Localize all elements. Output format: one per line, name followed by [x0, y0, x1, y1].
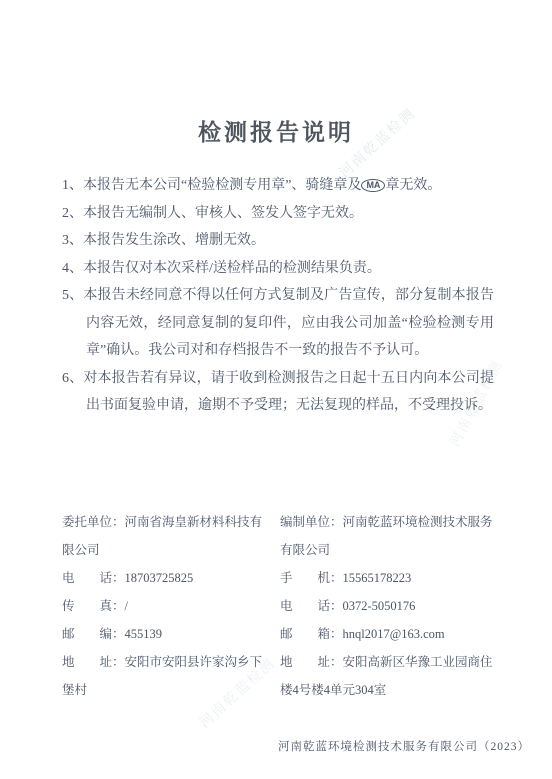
note-item-3: 3、本报告发生涂改、增删无效。 — [62, 227, 494, 255]
contact-label: 传 真： — [62, 599, 125, 613]
note-text: 对本报告若有异议，请于收到检测报告之日起十五日内向本公司提出书面复验申请，逾期不… — [83, 371, 494, 414]
issuer-block: 编制单位：河南乾蓝环境检测技术服务有限公司 手 机：15565178223 电 … — [280, 508, 494, 704]
contact-value: 18703725825 — [125, 571, 194, 585]
notes-list: 1、本报告无本公司“检验检测专用章”、骑缝章及MA章无效。 2、本报告无编制人、… — [62, 172, 494, 420]
contact-label: 地 址： — [280, 655, 343, 669]
contact-label: 地 址： — [62, 655, 125, 669]
cma-badge-icon: MA — [361, 179, 385, 192]
note-text: 本报告发生涂改、增删无效。 — [83, 233, 265, 248]
contact-label: 委托单位： — [62, 515, 125, 529]
note-item-6: 6、对本报告若有异议，请于收到检测报告之日起十五日内向本公司提出书面复验申请，逾… — [62, 365, 494, 420]
note-text: 本报告未经同意不得以任何方式复制及广告宣传，部分复制本报告内容无效，经同意复制的… — [83, 288, 494, 358]
contact-value: 15565178223 — [343, 571, 412, 585]
consignor-phone-row: 电 话：18703725825 — [62, 564, 270, 592]
consignor-address-row: 地 址：安阳市安阳县许家沟乡下堡村 — [62, 648, 270, 704]
contact-label: 编制单位： — [280, 515, 343, 529]
note-text: 本报告无本公司“检验检测专用章”、骑缝章及 — [83, 178, 361, 193]
note-item-5: 5、本报告未经同意不得以任何方式复制及广告宣传，部分复制本报告内容无效，经同意复… — [62, 282, 494, 365]
contact-label: 邮 箱： — [280, 627, 343, 641]
note-number: 1、 — [62, 178, 83, 193]
issuer-unit-row: 编制单位：河南乾蓝环境检测技术服务有限公司 — [280, 508, 494, 564]
consignor-fax-row: 传 真：/ — [62, 592, 270, 620]
issuer-address-row: 地 址：安阳高新区华豫工业园商住楼4号楼4单元304室 — [280, 648, 494, 704]
contact-section: 委托单位：河南省海皇新材料科技有限公司 电 话：18703725825 传 真：… — [62, 508, 494, 704]
consignor-zip-row: 邮 编：455139 — [62, 620, 270, 648]
note-item-2: 2、本报告无编制人、审核人、签发人签字无效。 — [62, 200, 494, 228]
contact-label: 手 机： — [280, 571, 343, 585]
note-text: 本报告仅对本次采样/送检样品的检测结果负责。 — [83, 261, 381, 276]
footer-company-line: 河南乾蓝环境检测技术服务有限公司（2023） — [278, 738, 530, 754]
note-number: 5、 — [62, 288, 83, 303]
note-number: 6、 — [62, 371, 83, 386]
note-item-4: 4、本报告仅对本次采样/送检样品的检测结果负责。 — [62, 255, 494, 283]
report-page: 河南乾蓝检测 河南乾蓝检测 河南乾蓝检测 检测报告说明 1、本报告无本公司“检验… — [0, 0, 552, 779]
note-text: 章无效。 — [385, 178, 441, 193]
note-number: 2、 — [62, 206, 83, 221]
issuer-email-row: 邮 箱：hnql2017@163.com — [280, 620, 494, 648]
contact-value: 0372-5050176 — [343, 599, 416, 613]
consignor-block: 委托单位：河南省海皇新材料科技有限公司 电 话：18703725825 传 真：… — [62, 508, 270, 704]
contact-label: 邮 编： — [62, 627, 125, 641]
contact-label: 电 话： — [280, 599, 343, 613]
note-text: 本报告无编制人、审核人、签发人签字无效。 — [83, 206, 363, 221]
issuer-phone-row: 电 话：0372-5050176 — [280, 592, 494, 620]
issuer-mobile-row: 手 机：15565178223 — [280, 564, 494, 592]
note-item-1: 1、本报告无本公司“检验检测专用章”、骑缝章及MA章无效。 — [62, 172, 494, 200]
note-number: 4、 — [62, 261, 83, 276]
contact-value: hnql2017@163.com — [343, 627, 445, 641]
contact-value: 455139 — [125, 627, 163, 641]
page-title: 检测报告说明 — [0, 114, 552, 147]
contact-value: / — [125, 599, 128, 613]
consignor-unit-row: 委托单位：河南省海皇新材料科技有限公司 — [62, 508, 270, 564]
note-number: 3、 — [62, 233, 83, 248]
contact-label: 电 话： — [62, 571, 125, 585]
